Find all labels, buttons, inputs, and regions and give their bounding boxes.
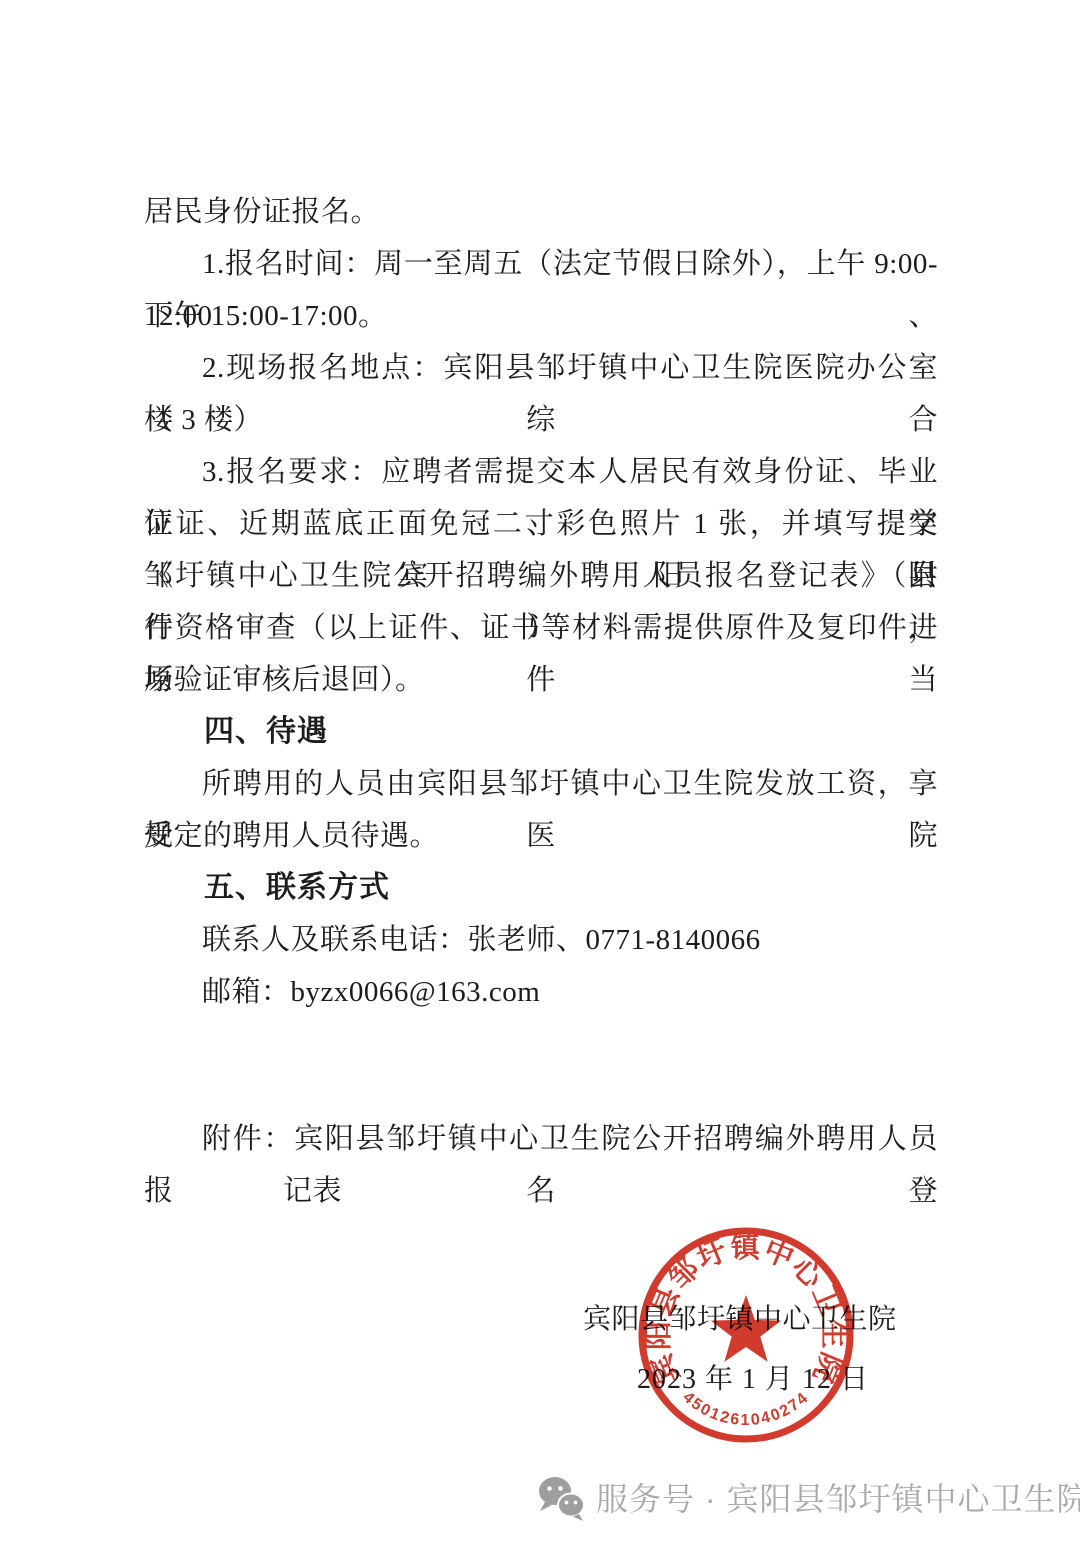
section-heading-contact: 五、联系方式 [144,862,938,914]
body-line: 位证、近期蓝底正面免冠二寸彩色照片 1 张，并填写提交《宾阳县 [144,498,938,550]
seal-star-icon [711,1295,781,1362]
attachment-note: 附件：宾阳县邹圩镇中心卫生院公开招聘编外聘用人员报名登 记表 [144,1113,938,1217]
body-line: 邹圩镇中心卫生院公开招聘编外聘用人员报名登记表》（附件）进 [144,550,938,602]
body-line: 居民身份证报名。 [144,186,938,238]
attachment-line: 附件：宾阳县邹圩镇中心卫生院公开招聘编外聘用人员报名登 [144,1113,938,1165]
body-line: 3.报名要求：应聘者需提交本人居民有效身份证、毕业证、学 [144,446,938,498]
document-page: 居民身份证报名。 1.报名时间：周一至周五（法定节假日除外），上午 9:00-1… [0,0,1080,1542]
body-line: 1.报名时间：周一至周五（法定节假日除外），上午 9:00-12:00、 [144,238,938,290]
contact-email-line: 邮箱：byzx0066@163.com [144,966,938,1018]
section-heading-treatment: 四、待遇 [144,706,938,758]
body-line: 所聘用的人员由宾阳县邹圩镇中心卫生院发放工资，享受医院 [144,758,938,810]
seal-serial-number: 4501261040274 [679,1389,812,1429]
official-seal: 宾阳县邹圩镇中心卫生院 4501261040274 [626,1215,866,1455]
body-line: 2.现场报名地点：宾阳县邹圩镇中心卫生院医院办公室（综合 [144,342,938,394]
service-account-footer: 服务号 · 宾阳县邹圩镇中心卫生院 [538,1476,1080,1522]
contact-phone-line: 联系人及联系电话：张老师、0771-8140066 [144,914,938,966]
notice-body: 居民身份证报名。 1.报名时间：周一至周五（法定节假日除外），上午 9:00-1… [144,186,938,1217]
footer-service-account-label: 服务号 · 宾阳县邹圩镇中心卫生院 [596,1476,1080,1522]
body-line: 行资格审查（以上证件、证书等材料需提供原件及复印件，原件当 [144,602,938,654]
wechat-icon [538,1476,586,1522]
